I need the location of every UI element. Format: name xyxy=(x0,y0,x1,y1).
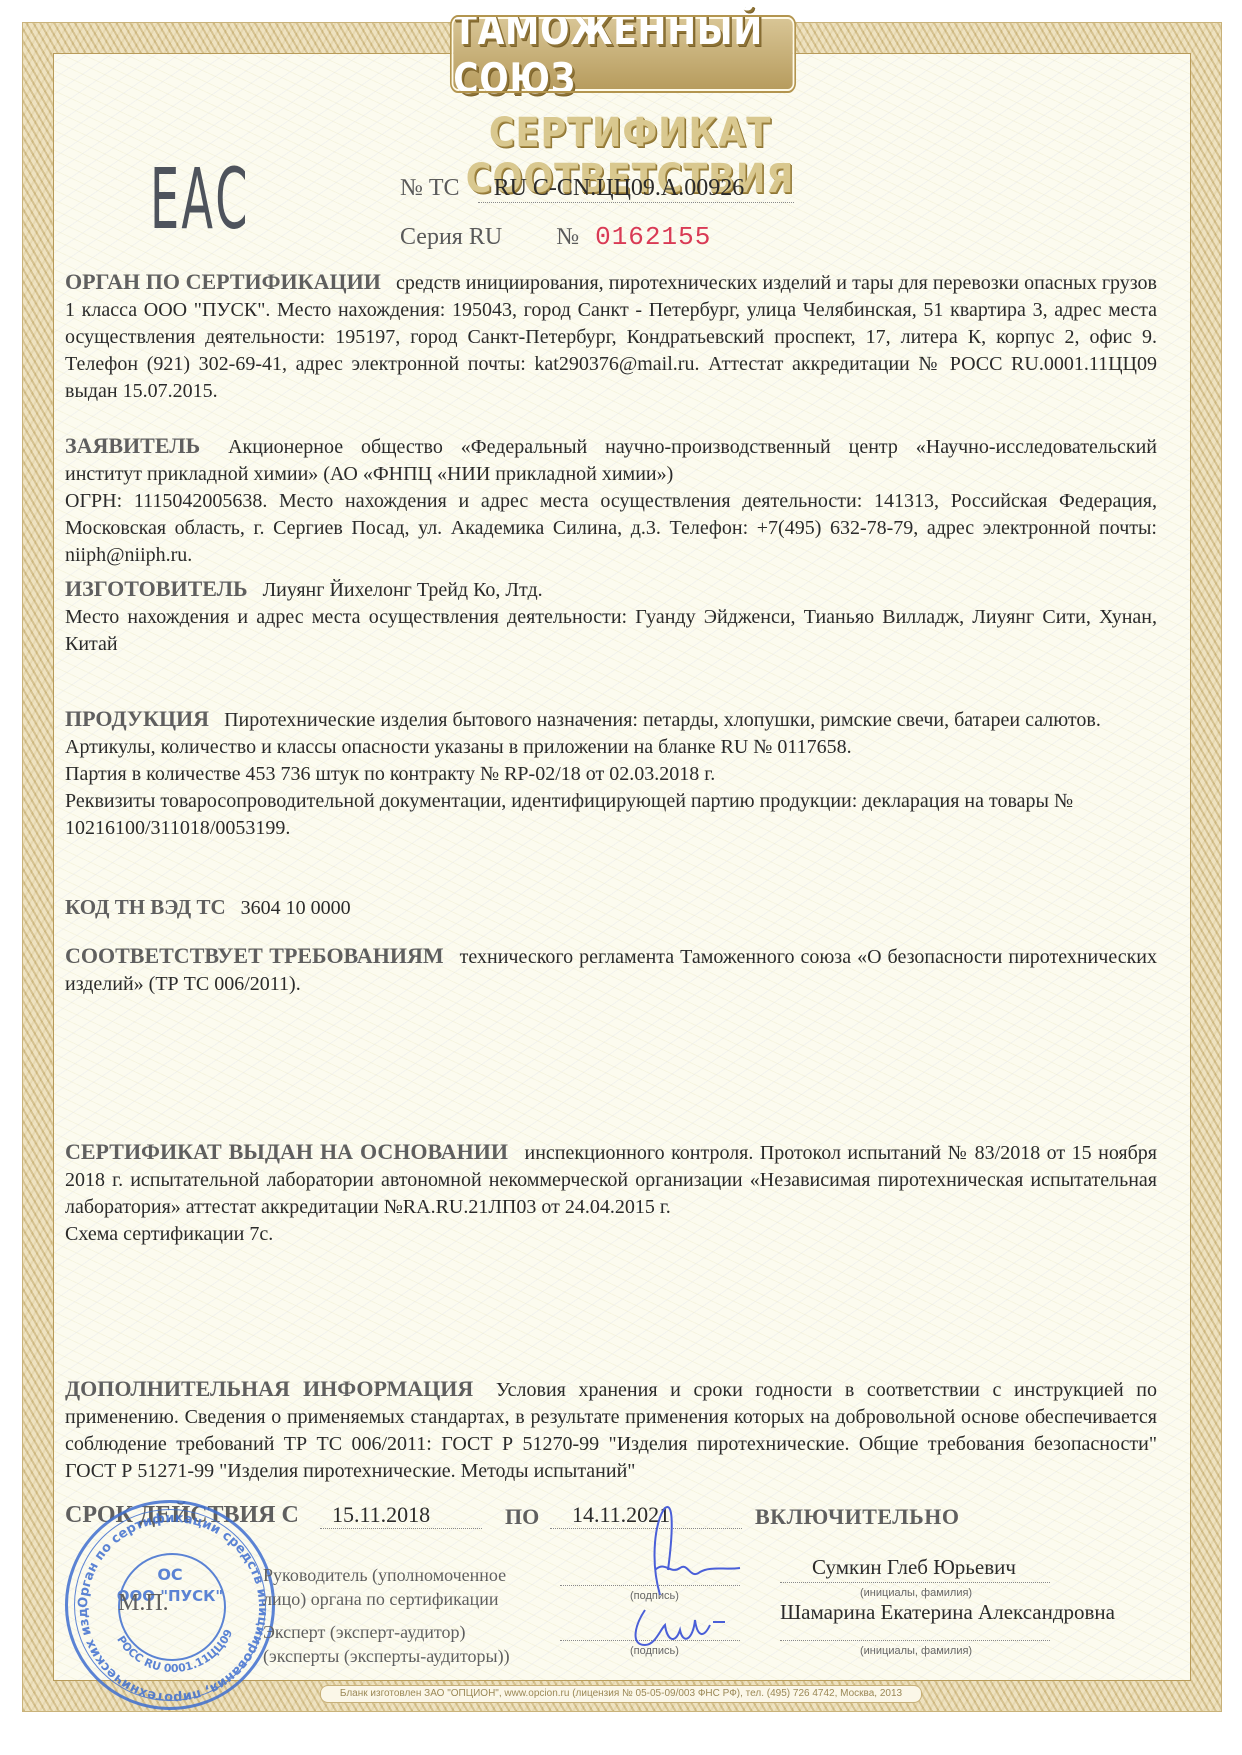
product-docs: Реквизиты товаросопроводительной докумен… xyxy=(65,790,1073,839)
customs-union-banner: ТАМОЖЕННЫЙ СОЮЗ xyxy=(452,17,795,91)
head-role-line1: Руководитель (уполномоченное xyxy=(263,1565,506,1585)
certification-body-label: ОРГАН ПО СЕРТИФИКАЦИИ xyxy=(65,269,381,294)
series-label: Серия RU xyxy=(400,224,502,250)
tc-number-value: RU C-CN.ЦЦ09.А.00926 xyxy=(478,175,794,203)
hs-code-label: КОД ТН ВЭД ТС xyxy=(65,895,226,919)
head-role-label: Руководитель (уполномоченное лицо) орган… xyxy=(263,1563,506,1611)
expert-role-line1: Эксперт (эксперт-аудитор) xyxy=(263,1622,466,1642)
stamp-center-line1: ОС xyxy=(68,1565,272,1584)
product-batch: Партия в количестве 453 736 штук по конт… xyxy=(65,763,715,785)
inclusive-label: ВКЛЮЧИТЕЛЬНО xyxy=(755,1504,959,1530)
applicant-text: Акционерное общество «Федеральный научно… xyxy=(65,436,1157,485)
blank-number-label: № xyxy=(556,224,579,250)
additional-info-label: ДОПОЛНИТЕЛЬНАЯ ИНФОРМАЦИЯ xyxy=(65,1376,473,1401)
manufacturer-section: ИЗГОТОВИТЕЛЬ Лиуянг Йихелонг Трейд Ко, Л… xyxy=(65,575,1157,658)
applicant-label: ЗАЯВИТЕЛЬ xyxy=(65,433,200,458)
expert-signature-icon xyxy=(625,1600,735,1660)
basis-scheme: Схема сертификации 7с. xyxy=(65,1223,273,1245)
series-line: Серия RU № 0162155 xyxy=(400,222,711,252)
stamp-center-line2: ООО "ПУСК" xyxy=(68,1587,272,1605)
hs-code-line: КОД ТН ВЭД ТС 3604 10 0000 xyxy=(65,895,351,920)
compliance-section: СООТВЕТСТВУЕТ ТРЕБОВАНИЯМ технического р… xyxy=(65,942,1157,998)
head-role-line2: лицо) органа по сертификации xyxy=(263,1589,499,1609)
manufacturer-label: ИЗГОТОВИТЕЛЬ xyxy=(65,576,248,601)
basis-label: СЕРТИФИКАТ ВЫДАН НА ОСНОВАНИИ xyxy=(65,1139,508,1164)
expert-name-line xyxy=(780,1640,1050,1641)
additional-info-section: ДОПОЛНИТЕЛЬНАЯ ИНФОРМАЦИЯ Условия хранен… xyxy=(65,1375,1157,1485)
valid-to-label: ПО xyxy=(505,1504,539,1530)
expert-role-label: Эксперт (эксперт-аудитор) (эксперты (экс… xyxy=(263,1620,510,1668)
certification-body-section: ОРГАН ПО СЕРТИФИКАЦИИ средств инициирова… xyxy=(65,268,1157,405)
applicant-details: ОГРН: 1115042005638. Место нахождения и … xyxy=(65,490,1157,566)
compliance-label: СООТВЕТСТВУЕТ ТРЕБОВАНИЯМ xyxy=(65,943,444,968)
organ-seal-stamp: Орган по сертификации средств инициирова… xyxy=(65,1500,275,1710)
hs-code-value: 3604 10 0000 xyxy=(241,897,351,919)
product-text: Пиротехнические изделия бытового назначе… xyxy=(65,709,1101,758)
expert-role-line2: (эксперты (эксперты-аудиторы)) xyxy=(263,1646,510,1666)
head-name-line xyxy=(780,1582,1050,1583)
eac-mark-icon: ЕАС xyxy=(150,150,250,248)
product-label: ПРОДУКЦИЯ xyxy=(65,706,209,731)
product-section: ПРОДУКЦИЯ Пиротехнические изделия бытово… xyxy=(65,705,1157,842)
basis-section: СЕРТИФИКАТ ВЫДАН НА ОСНОВАНИИ инспекцион… xyxy=(65,1138,1157,1248)
printer-note: Бланк изготовлен ЗАО "ОПЦИОН", www.opcio… xyxy=(320,1685,922,1703)
tc-number-line: № ТС RU C-CN.ЦЦ09.А.00926 xyxy=(400,175,794,203)
tc-number-label: № ТС xyxy=(400,175,460,201)
applicant-section: ЗАЯВИТЕЛЬ Акционерное общество «Федераль… xyxy=(65,432,1157,569)
seal-place-label: М.П. xyxy=(118,1590,169,1617)
head-name: Сумкин Глеб Юрьевич xyxy=(812,1555,1016,1580)
valid-from-date: 15.11.2018 xyxy=(320,1502,482,1529)
manufacturer-name: Лиуянг Йихелонг Трейд Ко, Лтд. xyxy=(263,579,543,601)
expert-name: Шамарина Екатерина Александровна xyxy=(780,1600,1115,1625)
manufacturer-address: Место нахождения и адрес места осуществл… xyxy=(65,606,1157,655)
head-name-caption: (инициалы, фамилия) xyxy=(860,1587,972,1599)
expert-name-caption: (инициалы, фамилия) xyxy=(860,1645,972,1657)
head-signature-icon xyxy=(630,1500,750,1610)
blank-number: 0162155 xyxy=(595,222,711,252)
